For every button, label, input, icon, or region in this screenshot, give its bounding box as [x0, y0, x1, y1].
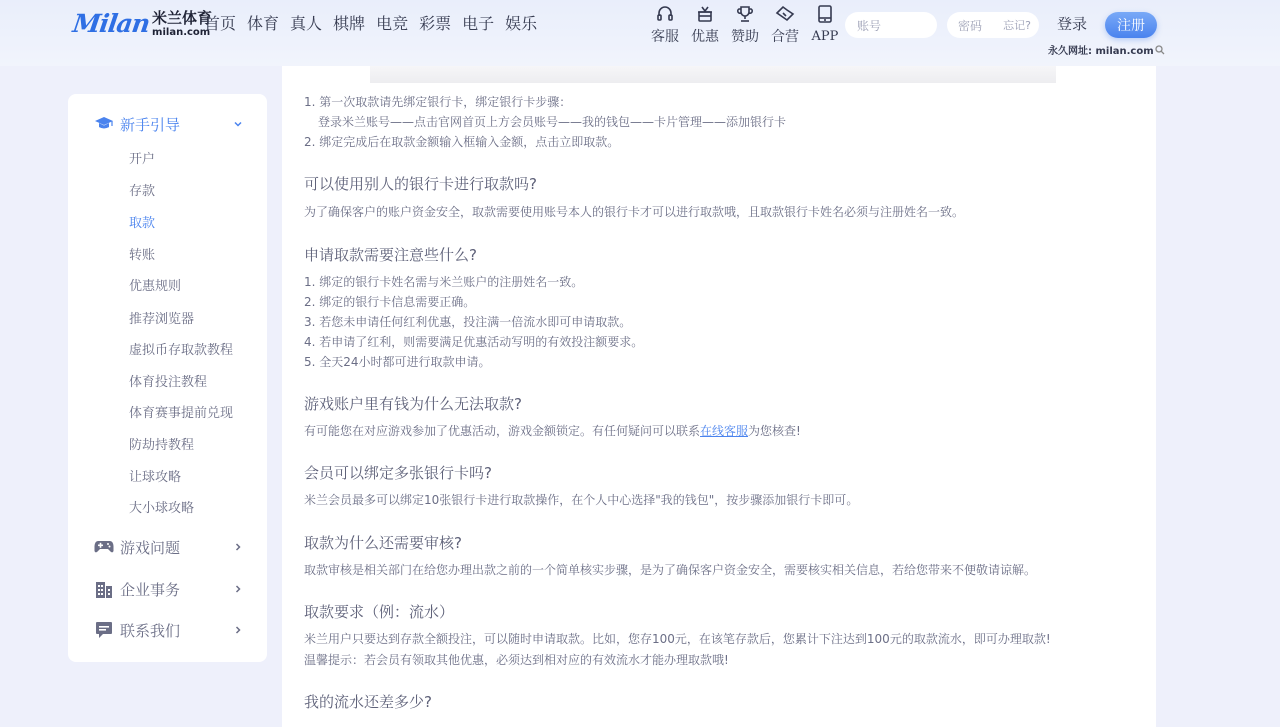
chevron-down-icon	[232, 118, 244, 130]
sidebar-item-anti-hijack[interactable]: 防劫持教程	[129, 438, 194, 454]
faq-answer-others-card: 为了确保客户的账户资金安全，取款需要使用账号本人的银行卡才可以进行取款哦，且取款…	[304, 202, 964, 222]
nav-promotions[interactable]: 优惠	[685, 4, 725, 46]
logo-script: Milan	[71, 10, 151, 38]
nav-home[interactable]: 首页	[204, 14, 236, 34]
sidebar-item-promo-rules[interactable]: 优惠规则	[129, 279, 181, 295]
faq-title-review: 取款为什么还需要审核?	[304, 533, 462, 553]
nav-esports[interactable]: 电竞	[376, 14, 408, 34]
chevron-right-icon	[232, 624, 244, 636]
faq-title-others-card: 可以使用别人的银行卡进行取款吗?	[304, 174, 537, 194]
forgot-password-link[interactable]: 忘记?	[1003, 17, 1031, 33]
faq-answer-multiple-cards: 米兰会员最多可以绑定10张银行卡进行取款操作，在个人中心选择"我的钱包"，按步骤…	[304, 490, 858, 510]
faq-note-4: 4. 若申请了红利，则需要满足优惠活动写明的有效投注额要求。	[304, 332, 643, 352]
sidebar-item-transfer[interactable]: 转账	[129, 248, 155, 264]
sidebar-group-business[interactable]: 企业事务	[94, 577, 244, 601]
faq-title-withdraw-notes: 申请取款需要注意些什么?	[304, 245, 477, 265]
trophy-icon	[735, 4, 755, 24]
nav-electronic[interactable]: 电子	[462, 14, 494, 34]
faq-answer-requirements-1: 米兰用户只要达到存款全额投注，可以随时申请取款。比如，您存100元，在该笔存款后…	[304, 629, 1051, 649]
faq-title-locked-funds: 游戏账户里有钱为什么无法取款?	[304, 394, 522, 414]
gamepad-icon	[94, 537, 114, 557]
chevron-right-icon	[232, 583, 244, 595]
faq-note-5: 5. 全天24小时都可进行取款申请。	[304, 352, 491, 372]
help-sidebar: 新手引导 开户 存款 取款 转账 优惠规则 推荐浏览器 虚拟币存取款教程 体育投…	[68, 94, 267, 662]
top-header: Milan 米兰体育 milan.com 首页 体育 真人 棋牌 电竞 彩票 电…	[0, 0, 1280, 66]
faq-title-remaining-turnover: 我的流水还差多少?	[304, 692, 432, 712]
nav-sports[interactable]: 体育	[247, 14, 279, 34]
sidebar-item-deposit[interactable]: 存款	[129, 184, 155, 200]
sidebar-item-withdraw[interactable]: 取款	[129, 216, 155, 232]
sidebar-item-crypto-tutorial[interactable]: 虚拟币存取款教程	[129, 343, 233, 359]
graduation-cap-icon	[94, 114, 114, 134]
faq-note-3: 3. 若您未申请任何红利优惠，投注满一倍流水即可申请取款。	[304, 312, 631, 332]
intro-step-2: 2. 绑定完成后在取款金额输入框输入金额，点击立即取款。	[304, 132, 619, 152]
nav-app[interactable]: APP	[805, 4, 845, 46]
search-icon	[1155, 45, 1165, 55]
sidebar-item-browsers[interactable]: 推荐浏览器	[129, 312, 194, 328]
faq-title-multiple-cards: 会员可以绑定多张银行卡吗?	[304, 463, 492, 483]
faq-content: 1. 第一次取款请先绑定银行卡，绑定银行卡步骤： 登录米兰账号——点击官网首页上…	[282, 66, 1156, 727]
faq-title-requirements: 取款要求（例：流水）	[304, 602, 454, 622]
login-button[interactable]: 登录	[1057, 14, 1087, 34]
nav-lottery[interactable]: 彩票	[419, 14, 451, 34]
image-placeholder-strip	[370, 66, 1056, 83]
intro-step-path: 登录米兰账号——点击官网首页上方会员账号——我的钱包——卡片管理——添加银行卡	[318, 112, 786, 132]
headset-icon	[655, 4, 675, 24]
site-logo[interactable]: Milan 米兰体育 milan.com	[73, 10, 212, 38]
main-nav: 首页 体育 真人 棋牌 电竞 彩票 电子 娱乐	[204, 14, 548, 34]
icon-nav: 客服 优惠 赞助 合营 APP	[645, 4, 845, 46]
faq-answer-requirements-2: 温馨提示：若会员有领取其他优惠，必须达到相对应的有效流水才能办理取款哦!	[304, 650, 729, 670]
building-icon	[94, 579, 114, 599]
sidebar-item-sports-betting[interactable]: 体育投注教程	[129, 375, 207, 391]
handshake-icon	[775, 4, 795, 24]
faq-note-1: 1. 绑定的银行卡姓名需与米兰账户的注册姓名一致。	[304, 272, 583, 292]
sidebar-item-over-under-guide[interactable]: 大小球攻略	[129, 501, 194, 517]
intro-step-1: 1. 第一次取款请先绑定银行卡，绑定银行卡步骤：	[304, 92, 571, 112]
online-service-link[interactable]: 在线客服	[700, 424, 748, 438]
chevron-right-icon	[232, 541, 244, 553]
gift-icon	[695, 4, 715, 24]
permanent-url[interactable]: 永久网址: milan.com	[1048, 42, 1165, 57]
faq-answer-locked-funds: 有可能您在对应游戏参加了优惠活动，游戏金额锁定。有任何疑问可以联系在线客服为您核…	[304, 421, 801, 441]
sidebar-group-beginner-guide[interactable]: 新手引导	[94, 112, 244, 136]
nav-customer-service[interactable]: 客服	[645, 4, 685, 46]
tablet-icon	[815, 4, 835, 24]
nav-partnership[interactable]: 合营	[765, 4, 805, 46]
faq-answer-review: 取款审核是相关部门在给您办理出款之前的一个简单核实步骤，是为了确保客户资金安全，…	[304, 560, 1036, 580]
nav-entertainment[interactable]: 娱乐	[505, 14, 537, 34]
account-input[interactable]: 账号	[845, 12, 937, 38]
account-placeholder: 账号	[857, 17, 881, 34]
sidebar-item-open-account[interactable]: 开户	[129, 152, 155, 168]
sidebar-item-handicap-guide[interactable]: 让球攻略	[129, 470, 181, 486]
faq-note-2: 2. 绑定的银行卡信息需要正确。	[304, 292, 475, 312]
nav-chess[interactable]: 棋牌	[333, 14, 365, 34]
register-button[interactable]: 注册	[1105, 12, 1157, 38]
sidebar-group-game-issues[interactable]: 游戏问题	[94, 535, 244, 559]
password-input[interactable]: 密码 忘记?	[947, 12, 1039, 38]
password-placeholder: 密码	[958, 17, 982, 34]
nav-sponsorship[interactable]: 赞助	[725, 4, 765, 46]
nav-live[interactable]: 真人	[290, 14, 322, 34]
message-icon	[94, 620, 114, 640]
sidebar-group-contact[interactable]: 联系我们	[94, 618, 244, 642]
sidebar-item-early-cashout[interactable]: 体育赛事提前兑现	[129, 406, 233, 422]
